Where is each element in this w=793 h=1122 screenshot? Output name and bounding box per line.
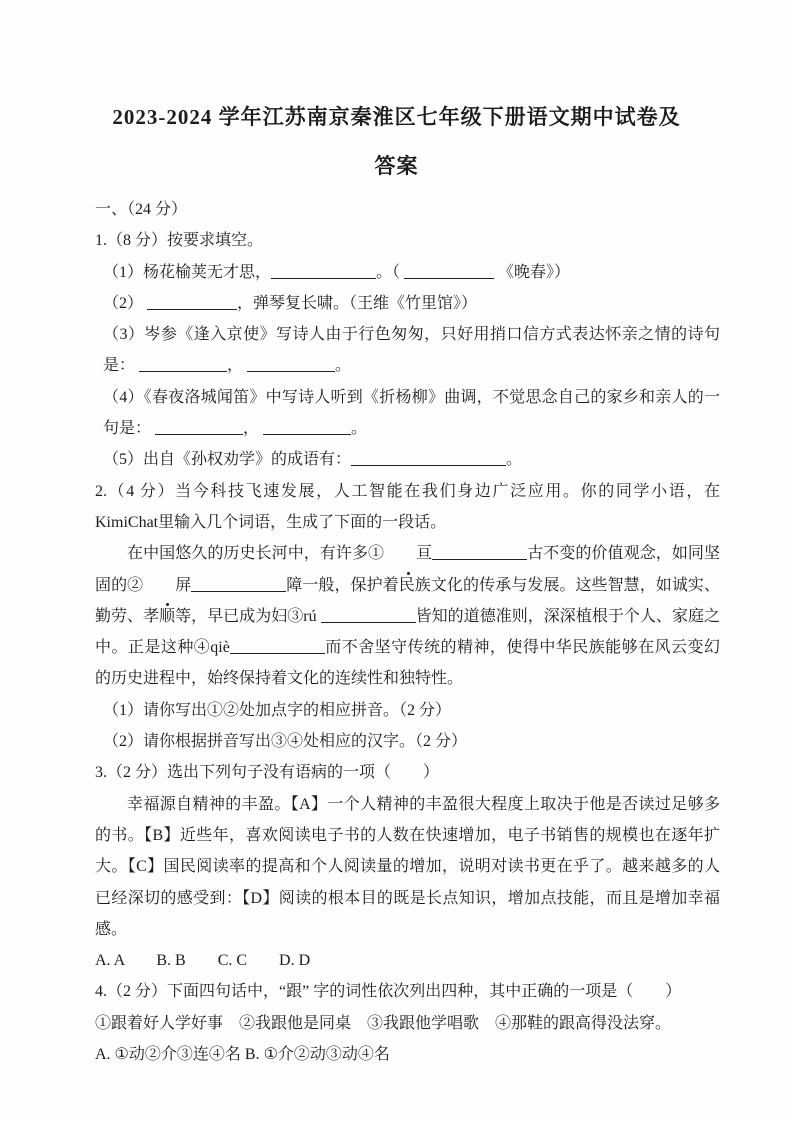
answer-blank-line [263,434,351,435]
question-4-options: A. ①动②介③连④名 B. ①介②动③动④名 [95,1039,720,1070]
answer-blank-line [404,278,494,279]
answer-blank-line [147,309,237,310]
answer-blank-line [191,591,286,592]
question-1-item-3: （3）岑参《逢入京使》写诗人由于行色匆匆，只好用捎口信方式表达怀亲之情的诗句是：… [95,319,720,382]
answer-blank-line [230,653,325,654]
document-title-line1: 2023-2024 学年江苏南京秦淮区七年级下册语文期中试卷及 [0,93,793,142]
question-2-passage: 在中国悠久的历史长河中，有许多①亘古不变的价值观念，如同坚固的②屏障一般，保护着… [95,538,720,694]
answer-blank-line [321,622,416,623]
question-2-sub-2: （2）请你根据拼音写出③④处相应的汉字。（2 分） [95,726,720,757]
answer-blank-line [247,371,335,372]
answer-blank-line [351,465,506,466]
question-4-sentences: ①跟着好人学好事 ②我跟他是同桌 ③我跟他学唱歌 ④那鞋的跟高得没法穿。 [95,1008,720,1039]
emphasis-dot-character: 屏 [143,570,191,601]
question-1-item-1: （1）杨花榆荚无才思，。（ 《晚春》） [95,257,720,288]
document-title-line2: 答案 [0,142,793,191]
document-body: 一、（24 分） 1.（8 分）按要求填空。 （1）杨花榆荚无才思，。（ 《晚春… [0,191,793,1070]
section-one-heading: 一、（24 分） [95,194,720,225]
answer-blank-line [271,278,376,279]
document-title: 2023-2024 学年江苏南京秦淮区七年级下册语文期中试卷及 答案 [0,93,793,191]
answer-blank-line [155,434,243,435]
emphasis-dot-character: 亘 [384,538,432,569]
question-2-sub-1: （1）请你写出①②处加点字的相应拼音。（2 分） [95,695,720,726]
question-3-passage: 幸福源自精神的丰盈。【A】一个人精神的丰盈很大程度上取决于他是否读过足够多的书。… [95,789,720,945]
question-1-item-2: （2） ，弹琴复长啸。（王维《竹里馆》） [95,288,720,319]
question-1-stem: 1.（8 分）按要求填空。 [95,225,720,256]
question-3-stem: 3.（2 分）选出下列句子没有语病的一项（ ） [95,757,720,788]
question-3-options: A. A B. B C. C D. D [95,945,720,976]
question-4-stem: 4.（2 分）下面四句话中，“跟” 字的词性依次列出四种，其中正确的一项是（ ） [95,976,720,1007]
exam-document-page: 2023-2024 学年江苏南京秦淮区七年级下册语文期中试卷及 答案 一、（24… [0,0,793,1122]
question-1-item-4: （4）《春夜洛城闻笛》中写诗人听到《折杨柳》曲调，不觉思念自己的家乡和亲人的一句… [95,382,720,445]
answer-blank-line [139,371,227,372]
answer-blank-line [432,559,527,560]
question-1-item-5: （5）出自《孙权劝学》的成语有：。 [95,444,720,475]
question-2-stem: 2.（4 分）当今科技飞速发展，人工智能在我们身边广泛应用。你的同学小语，在 K… [95,476,720,539]
